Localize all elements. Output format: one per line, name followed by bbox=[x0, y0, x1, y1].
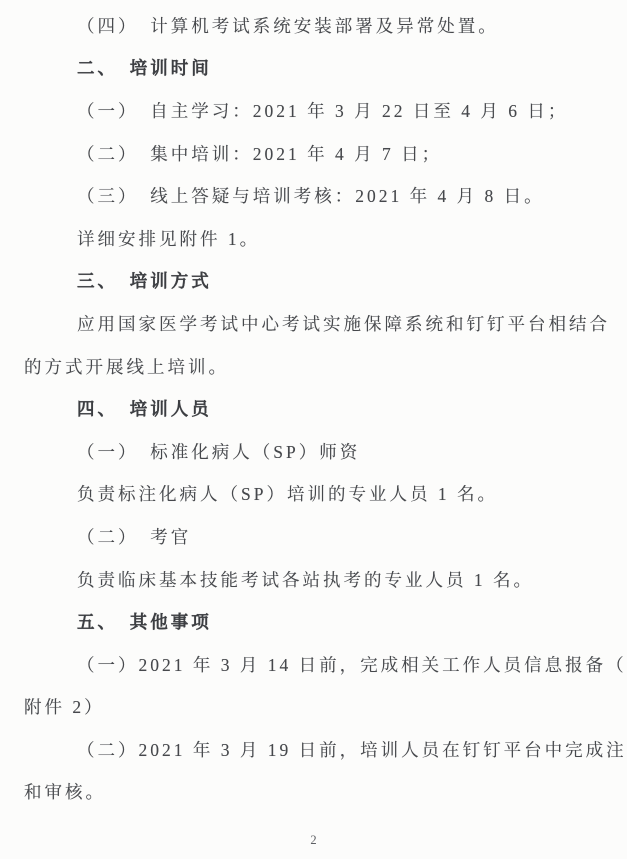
para-other-item-1-line-1: （一）2021 年 3 月 14 日前，完成相关工作人员信息报备（见 bbox=[24, 643, 609, 686]
heading-section-3-training-method: 三、 培训方式 bbox=[24, 260, 609, 303]
para-sp-teachers: （一） 标准化病人（SP）师资 bbox=[24, 430, 609, 473]
para-other-item-2-line-2: 和审核。 bbox=[24, 771, 609, 814]
para-examiner-staff-count: 负责临床基本技能考试各站执考的专业人员 1 名。 bbox=[24, 558, 609, 601]
document-page: （四） 计算机考试系统安装部署及异常处置。 二、 培训时间 （一） 自主学习：2… bbox=[0, 0, 627, 859]
para-examiners: （二） 考官 bbox=[24, 515, 609, 558]
para-group-training-date: （二） 集中培训：2021 年 4 月 7 日； bbox=[24, 132, 609, 175]
page-number: 2 bbox=[0, 833, 627, 848]
para-self-study-dates: （一） 自主学习：2021 年 3 月 22 日至 4 月 6 日； bbox=[24, 89, 609, 132]
heading-section-5-other-matters: 五、 其他事项 bbox=[24, 600, 609, 643]
para-training-method-line-2: 的方式开展线上培训。 bbox=[24, 345, 609, 388]
para-other-item-2-line-1: （二）2021 年 3 月 19 日前，培训人员在钉钉平台中完成注册 bbox=[24, 728, 609, 771]
para-other-item-1-line-2: 附件 2） bbox=[24, 686, 609, 729]
para-item-4-computer-system: （四） 计算机考试系统安装部署及异常处置。 bbox=[24, 4, 609, 47]
para-see-attachment-1: 详细安排见附件 1。 bbox=[24, 217, 609, 260]
document-body: （四） 计算机考试系统安装部署及异常处置。 二、 培训时间 （一） 自主学习：2… bbox=[24, 4, 609, 813]
heading-section-2-training-time: 二、 培训时间 bbox=[24, 47, 609, 90]
para-training-method-line-1: 应用国家医学考试中心考试实施保障系统和钉钉平台相结合 bbox=[24, 302, 609, 345]
heading-section-4-training-personnel: 四、 培训人员 bbox=[24, 387, 609, 430]
para-online-qa-assessment-date: （三） 线上答疑与培训考核：2021 年 4 月 8 日。 bbox=[24, 174, 609, 217]
para-sp-staff-count: 负责标注化病人（SP）培训的专业人员 1 名。 bbox=[24, 473, 609, 516]
